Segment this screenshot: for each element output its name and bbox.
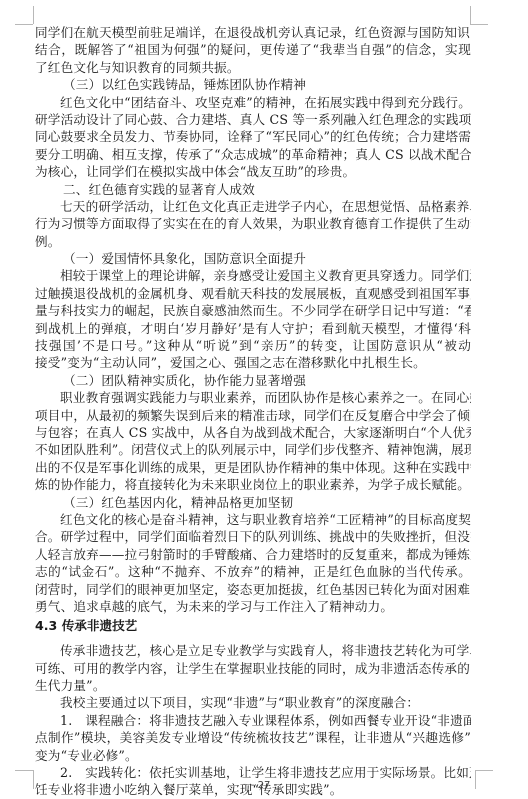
text-line: 结合，既解答了“祖国为何强”的疑问，更传递了“我辈当自强”的信念，实现 [35, 41, 471, 58]
paragraph: 1. 课程融合：将非遗技艺融入专业课程体系，例如西餐专业开设“非遗面点制作”模块… [35, 712, 471, 764]
text-line: 我校主要通过以下项目，实现“非遗”与“职业教育”的深度融合： [35, 694, 471, 711]
text-line: 量与科技实力的崛起，民族自豪感油然而生。不少同学在研学日记中写道：“看 [35, 302, 471, 319]
text-line: 职业教育强调实践能力与职业素养，而团队协作是核心素养之一。在同心鼓 [35, 389, 471, 406]
text-line: 同学们在航天模型前驻足端详，在退役战机旁认真记录，红色资源与国防知识的 [35, 24, 471, 41]
text-line: 志的“试金石”。这种“不抛弃、不放弃”的精神，正是红色血脉的当代传承。 [35, 563, 471, 580]
text-line: 七天的研学活动，让红色文化真正走进学子内心，在思想觉悟、品格素养、 [35, 198, 471, 215]
paragraph: 职业教育强调实践能力与职业素养，而团队协作是核心素养之一。在同心鼓项目中，从最初… [35, 389, 471, 493]
subsection-heading: （三）红色基因内化，精神品格更加坚韧 [35, 494, 471, 511]
text-line: 2. 实践转化：依托实训基地，让学生将非遗技艺应用于实际场景。比如烹 [35, 764, 471, 781]
text-line: 1. 课程融合：将非遗技艺融入专业课程体系，例如西餐专业开设“非遗面 [35, 712, 471, 729]
text-line: 不如团队胜利”。闭营仪式上的队列展示中，同学们步伐整齐、精神饱满，展现 [35, 441, 471, 458]
text-line: 炼的协作能力，将直接转化为未来职业岗位上的职业素养，为学子成长赋能。 [35, 476, 471, 493]
paragraph: 同学们在航天模型前驻足端详，在退役战机旁认真记录，红色资源与国防知识的结合，既解… [35, 24, 471, 76]
subsection-heading: （二）团队精神实质化，协作能力显著增强 [35, 372, 471, 389]
text-line: 人轻言放弃——拉弓射箭时的手臂酸痛、合力建塔时的反复重来，都成为锤炼意 [35, 546, 471, 563]
text-line: 闭营时，同学们的眼神更加坚定，姿态更加挺拔，红色基因已转化为面对困难的 [35, 581, 471, 598]
crop-mark-bottom-right [475, 770, 493, 771]
document-page: 同学们在航天模型前驻足端详，在退役战机旁认真记录，红色资源与国防知识的结合，既解… [0, 0, 528, 799]
text-line: 了红色文化与知识教育的同频共振。 [35, 59, 471, 76]
subsection-heading: 二、红色德育实践的显著育人成效 [35, 181, 471, 198]
text-line: 行为习惯等方面取得了实实在在的育人效果，为职业教育德育工作提供了生动范 [35, 215, 471, 232]
document-body: 同学们在航天模型前驻足端详，在退役战机旁认真记录，红色资源与国防知识的结合，既解… [35, 24, 471, 799]
text-line: 出的不仅是军事化训练的成果，更是团队协作精神的集中体现。这种在实践中锤 [35, 459, 471, 476]
paragraph: 红色文化中“团结奋斗、攻坚克难”的精神，在拓展实践中得到充分践行。研学活动设计了… [35, 94, 471, 181]
text-line: 可练、可用的教学内容，让学生在掌握职业技能的同时，成为非遗活态传承的“新 [35, 660, 471, 677]
paragraph: 传承非遗技艺，核心是立足专业教学与实践育人，将非遗技艺转化为可学、可练、可用的教… [35, 642, 471, 694]
text-line: 勇气、追求卓越的底气，为未来的学习与工作注入了精神动力。 [35, 598, 471, 615]
text-line: 研学活动设计了同心鼓、合力建塔、真人 CS 等一系列融入红色理念的实践项目： [35, 111, 471, 128]
paragraph: 七天的研学活动，让红色文化真正走进学子内心，在思想觉悟、品格素养、行为习惯等方面… [35, 198, 471, 250]
paragraph: 相较于课堂上的理论讲解，亲身感受让爱国主义教育更具穿透力。同学们通过触摸退役战机… [35, 267, 471, 371]
text-line: 与包容；在真人 CS 实战中，从各自为战到战术配合，大家逐渐明白“个人优秀 [35, 424, 471, 441]
text-line: 项目中，从最初的频繁失误到后来的精准击球，同学们在反复磨合中学会了倾听 [35, 407, 471, 424]
text-line: 同心鼓要求全员发力、节奏协同，诠释了“军民同心”的红色传统；合力建塔需 [35, 128, 471, 145]
text-line: 例。 [35, 233, 471, 250]
text-line: 相较于课堂上的理论讲解，亲身感受让爱国主义教育更具穿透力。同学们通 [35, 267, 471, 284]
text-line: 要分工明确、相互支撑，传承了“众志成城”的革命精神；真人 CS 以战术配合 [35, 146, 471, 163]
text-line: 生代力量”。 [35, 677, 471, 694]
crop-mark-bottom-left [15, 770, 33, 771]
section-heading: 4.3 传承非遗技艺 [35, 616, 471, 636]
text-line: 红色文化中“团结奋斗、攻坚克难”的精神，在拓展实践中得到充分践行。 [35, 94, 471, 111]
page-number: - 27 - [0, 780, 528, 791]
text-line: 接受”变为“主动认同”，爱国之心、强国之志在潜移默化中扎根生长。 [35, 354, 471, 371]
text-line: 过触摸退役战机的金属机身、观看航天科技的发展展板，直观感受到祖国军事力 [35, 285, 471, 302]
text-line: 到战机上的弹痕，才明白‘岁月静好’是有人守护；看到航天模型，才懂得‘科 [35, 320, 471, 337]
crop-mark-top-left [15, 24, 33, 25]
paragraph: 红色文化的核心是奋斗精神，这与职业教育培养“工匠精神”的目标高度契合。研学过程中… [35, 511, 471, 615]
paragraph: 我校主要通过以下项目，实现“非遗”与“职业教育”的深度融合： [35, 694, 471, 711]
subsection-heading: （一）爱国情怀具象化，国防意识全面提升 [35, 250, 471, 267]
text-line: 变为“专业必修”。 [35, 747, 471, 764]
text-line: 为核心，让同学们在模拟实战中体会“战友互助”的珍贵。 [35, 163, 471, 180]
crop-mark-top-right [470, 6, 471, 24]
text-line: 点制作”模块，美容美发专业增设“传统梳妆技艺”课程，让非遗从“兴趣选修” [35, 729, 471, 746]
crop-mark-top-left [33, 6, 34, 24]
text-line: 技强国’不是口号。”这种从“听说”到“亲历”的转变，让国防意识从“被动 [35, 337, 471, 354]
text-line: 红色文化的核心是奋斗精神，这与职业教育培养“工匠精神”的目标高度契 [35, 511, 471, 528]
text-line: 传承非遗技艺，核心是立足专业教学与实践育人，将非遗技艺转化为可学、 [35, 642, 471, 659]
text-line: 合。研学过程中，同学们面临着烈日下的队列训练、挑战中的失败挫折，但没有 [35, 528, 471, 545]
subsection-heading: （三）以红色实践铸品，锤炼团队协作精神 [35, 76, 471, 93]
crop-mark-top-right [470, 24, 488, 25]
